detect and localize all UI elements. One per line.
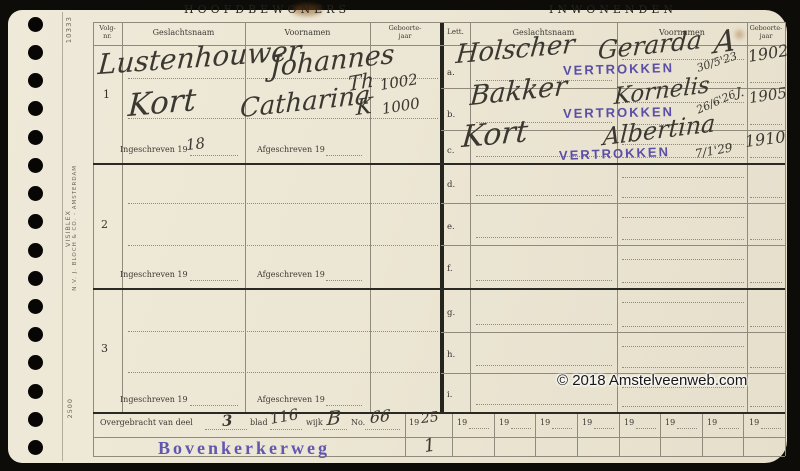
year-cell-label: 19 xyxy=(749,418,759,427)
footer-cell-line xyxy=(619,412,620,456)
row-letter: a. xyxy=(447,68,455,78)
blank-line xyxy=(469,428,489,429)
row-letter: d. xyxy=(447,180,455,190)
col-header-geboortejaar-right: Geboorte- jaar xyxy=(747,25,785,41)
row-line xyxy=(441,203,785,204)
col-header-volgnr: Volg- nr. xyxy=(93,25,122,41)
punch-hole xyxy=(28,299,43,314)
writing-line xyxy=(750,239,782,240)
punch-hole xyxy=(28,45,43,60)
blank-line xyxy=(511,428,531,429)
serial-number-top: 10333 xyxy=(65,16,73,43)
writing-line xyxy=(750,197,782,198)
wijk-label: wijk xyxy=(306,418,323,427)
writing-line xyxy=(622,346,744,347)
deel-value: 3 xyxy=(221,411,233,430)
punch-hole xyxy=(28,412,43,427)
footer-cell-line xyxy=(743,412,744,456)
blank-line xyxy=(761,428,781,429)
punch-hole xyxy=(28,214,43,229)
form-border-left xyxy=(93,22,94,456)
footer-cell-line xyxy=(494,412,495,456)
afgeschreven-label-2: Afgeschreven 19 xyxy=(257,270,325,279)
punch-hole xyxy=(28,158,43,173)
ingeschreven-label-3: Ingeschreven 19 xyxy=(120,395,188,404)
blank-line xyxy=(677,428,697,429)
punch-hole xyxy=(28,130,43,145)
blank-line xyxy=(326,405,362,406)
footer-top-line xyxy=(93,412,785,414)
row-letter: g. xyxy=(447,308,455,318)
writing-line xyxy=(476,280,612,281)
row-letter: h. xyxy=(447,350,455,360)
punch-hole xyxy=(28,186,43,201)
vertrokken-stamp-a: VERTROKKEN xyxy=(563,60,674,78)
writing-line xyxy=(622,367,744,368)
column-line xyxy=(122,22,123,412)
writing-line xyxy=(622,197,744,198)
printer-name: VISIBLEX xyxy=(64,210,72,247)
punch-hole xyxy=(28,101,43,116)
writing-line xyxy=(622,259,744,260)
year-cell-label: 19 xyxy=(540,418,550,427)
year-cell-label: 19 xyxy=(457,418,467,427)
column-line xyxy=(747,22,748,412)
footer-cell-line xyxy=(452,412,453,456)
footer-cell-line xyxy=(660,412,661,456)
no-label: No. xyxy=(351,418,365,427)
footer-cell-line xyxy=(535,412,536,456)
writing-line xyxy=(128,245,438,246)
column-line xyxy=(617,22,618,412)
writing-line xyxy=(476,324,612,325)
blank-line xyxy=(594,428,614,429)
footer-cell-line xyxy=(405,412,406,456)
writing-line xyxy=(750,157,782,158)
writing-line xyxy=(750,124,782,125)
writing-line xyxy=(476,365,612,366)
entry-geslachtsnaam: Kort xyxy=(127,82,197,124)
scanned-register-card: { "watermark": "© 2018 Amstelveenweb.com… xyxy=(0,0,800,471)
afgeschreven-label-3: Afgeschreven 19 xyxy=(257,395,325,404)
writing-line xyxy=(128,203,438,204)
street-stamp: Bovenkerkerweg xyxy=(158,438,330,459)
block-divider xyxy=(93,288,785,290)
col-header-geslachtsnaam-left: Geslachtsnaam xyxy=(122,28,245,37)
entry-annotation: K xyxy=(356,94,373,122)
punch-hole xyxy=(28,355,43,370)
col-header-lett: Lett. xyxy=(441,28,470,36)
volgnr-1: 1 xyxy=(103,88,110,101)
ingeschreven-label-1: Ingeschreven 19 xyxy=(120,145,188,154)
row-line xyxy=(441,245,785,246)
column-line xyxy=(245,22,246,412)
serial-number-bottom: 2500 xyxy=(66,398,74,419)
year-first-value: 25 xyxy=(420,409,439,427)
writing-line xyxy=(476,237,612,238)
hoofdbewoners-title: HOOFDBEWONERS xyxy=(93,3,441,16)
writing-line xyxy=(128,372,438,373)
writing-line xyxy=(622,406,744,407)
year-cell-label: 19 xyxy=(624,418,634,427)
footer-cell-line xyxy=(702,412,703,456)
punch-hole xyxy=(28,384,43,399)
block-divider xyxy=(93,163,785,165)
year-cell-label: 19 xyxy=(665,418,675,427)
volgnr-3: 3 xyxy=(101,342,108,355)
writing-line xyxy=(750,406,782,407)
col-header-geboortejaar-left: Geboorte- jaar xyxy=(370,25,440,41)
punch-hole xyxy=(28,327,43,342)
volgnr-2: 2 xyxy=(101,218,108,231)
copyright-watermark: © 2018 Amstelveenweb.com xyxy=(557,372,747,389)
row-letter: e. xyxy=(447,222,455,232)
year-cell-label: 19 xyxy=(582,418,592,427)
inwonende-geslachtsnaam-c: Kort xyxy=(460,114,529,155)
writing-line xyxy=(622,239,744,240)
margin-rule xyxy=(62,12,63,461)
footer-cell-line xyxy=(577,412,578,456)
blank-line xyxy=(270,429,302,430)
writing-line xyxy=(750,326,782,327)
row-letter: b. xyxy=(447,110,455,120)
writing-line xyxy=(750,82,782,83)
header-top-line xyxy=(93,22,785,23)
row-letter: f. xyxy=(447,264,453,274)
section-divider xyxy=(440,22,444,412)
row-line xyxy=(441,332,785,333)
writing-line xyxy=(622,302,744,303)
ingeschreven-label-2: Ingeschreven 19 xyxy=(120,270,188,279)
punch-hole xyxy=(28,243,43,258)
printer-address: N.V. J. BLOCH & CO. - AMSTERDAM xyxy=(72,165,78,291)
blank-line xyxy=(326,155,362,156)
blank-line xyxy=(552,428,572,429)
afgeschreven-label-1: Afgeschreven 19 xyxy=(257,145,325,154)
blad-label: blad xyxy=(250,418,268,427)
ingeschreven-value-1: 18 xyxy=(185,134,206,154)
writing-line xyxy=(622,177,744,178)
blank-line xyxy=(190,405,238,406)
year-cell-label: 19 xyxy=(499,418,509,427)
writing-line xyxy=(622,282,744,283)
punch-hole xyxy=(28,440,43,455)
inwonenden-title: INWONENDEN xyxy=(441,3,785,16)
no-value: 66 xyxy=(369,406,391,427)
writing-line xyxy=(622,326,744,327)
row-letter: c. xyxy=(447,146,454,156)
writing-line xyxy=(476,404,612,405)
punch-hole xyxy=(28,271,43,286)
blank-line xyxy=(326,280,362,281)
blank-line xyxy=(190,280,238,281)
year-cell-label: 19 xyxy=(707,418,717,427)
year-first-label: 19 xyxy=(409,418,419,427)
punch-hole xyxy=(28,17,43,32)
wijk-value: B xyxy=(326,407,342,430)
writing-line xyxy=(750,282,782,283)
blank-line xyxy=(190,155,238,156)
blank-line xyxy=(719,428,739,429)
blank-line xyxy=(365,429,400,430)
punch-hole xyxy=(28,73,43,88)
blank-line xyxy=(636,428,656,429)
writing-line xyxy=(622,217,744,218)
overgebracht-label: Overgebracht van deel xyxy=(100,418,193,427)
writing-line xyxy=(750,367,782,368)
writing-line xyxy=(128,331,438,332)
row-letter: i. xyxy=(447,390,452,400)
writing-line xyxy=(476,195,612,196)
